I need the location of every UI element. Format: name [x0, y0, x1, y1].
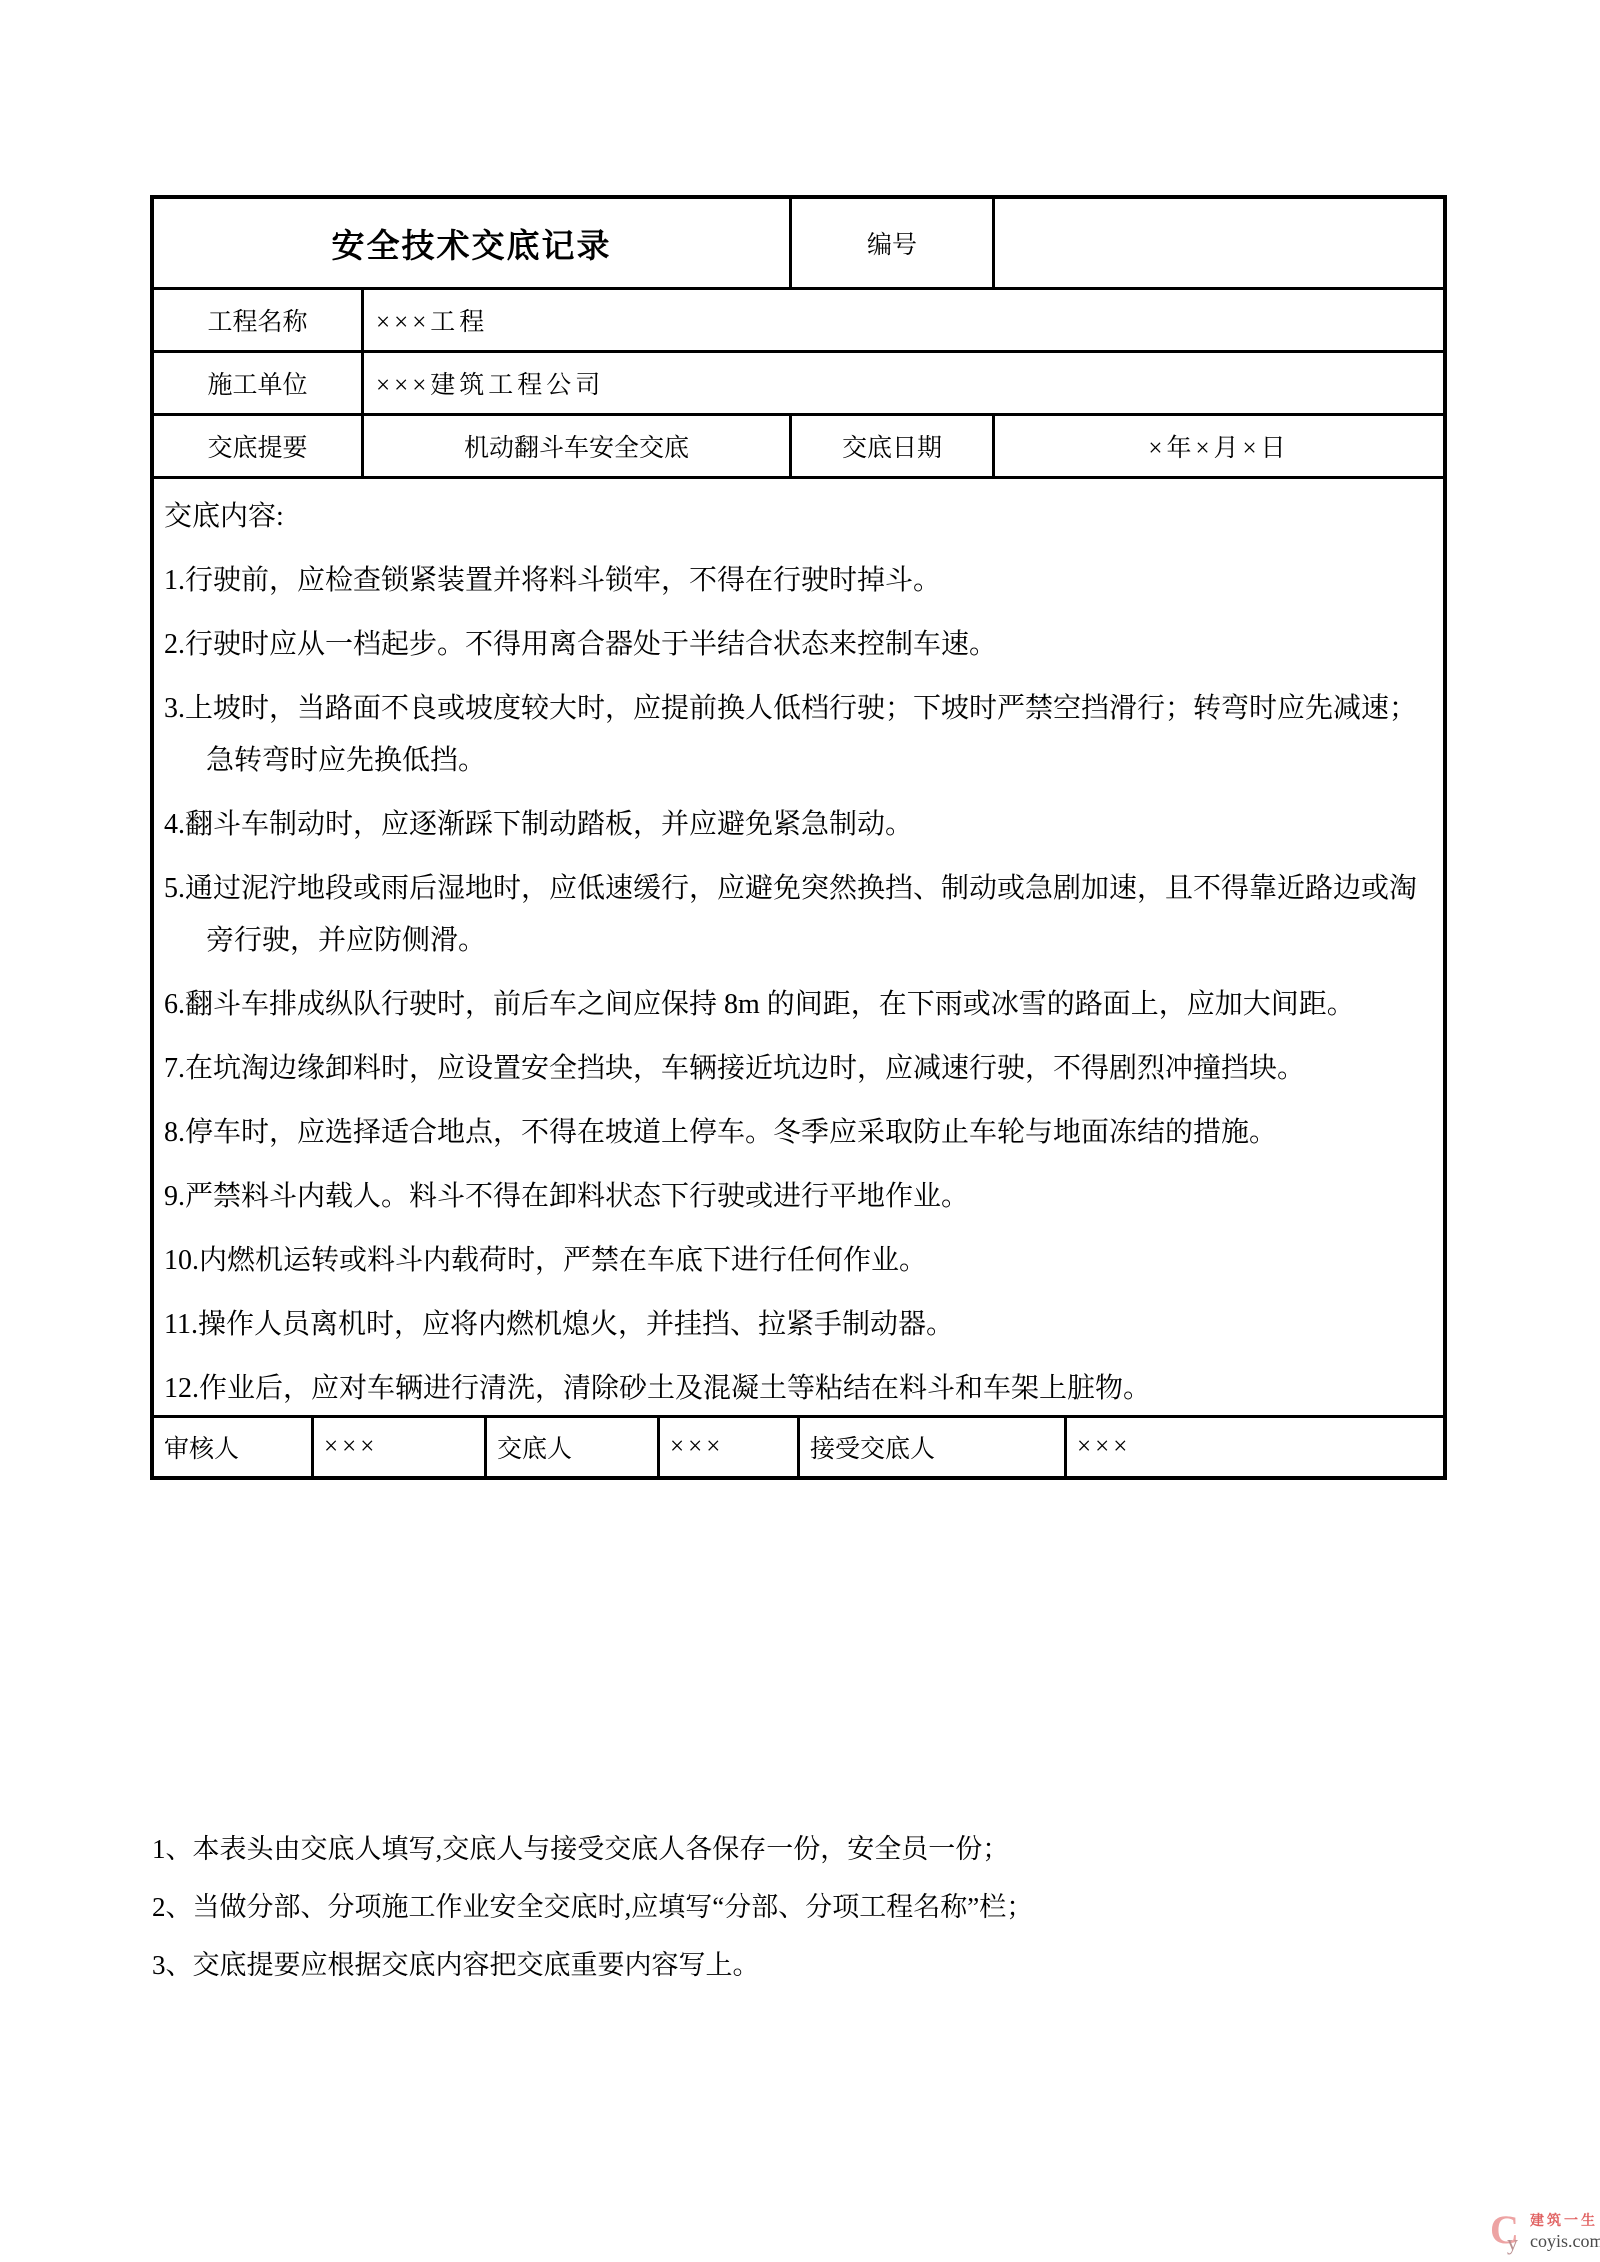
form-title-cell: 安全技术交底记录 — [154, 199, 792, 287]
summary-value-cell: 机动翻斗车安全交底 — [364, 416, 792, 476]
content-item: 12.作业后，应对车辆进行清洗，清除砂土及混凝土等粘结在料斗和车架上脏物。 — [164, 1363, 1433, 1415]
reviewer-value: ××× — [314, 1433, 378, 1461]
receiver-label-cell: 接受交底人 — [800, 1418, 1067, 1476]
coyis-logo-icon: C y — [1490, 2214, 1524, 2256]
logo-letter-y: y — [1507, 2232, 1518, 2254]
number-label-cell: 编号 — [792, 199, 995, 287]
watermark-site: coyis.com — [1530, 2230, 1600, 2252]
discloser-label-cell: 交底人 — [487, 1418, 660, 1476]
content-item: 9.严禁料斗内载人。料斗不得在卸料状态下行驶或进行平地作业。 — [164, 1171, 1433, 1223]
content-heading: 交底内容: — [164, 491, 1433, 543]
content-item: 3.上坡时，当路面不良或坡度较大时，应提前换人低档行驶；下坡时严禁空挡滑行；转弯… — [164, 683, 1433, 787]
content-item: 2.行驶时应从一档起步。不得用离合器处于半结合状态来控制车速。 — [164, 619, 1433, 671]
summary-label-cell: 交底提要 — [154, 416, 364, 476]
footnote: 1、本表头由交底人填写,交底人与接受交底人各保存一份，安全员一份； — [152, 1820, 1512, 1878]
content-item: 4.翻斗车制动时，应逐渐踩下制动踏板，并应避免紧急制动。 — [164, 799, 1433, 851]
date-value-cell: ×年×月×日 — [995, 416, 1443, 476]
reviewer-label-cell: 审核人 — [154, 1418, 314, 1476]
title-row: 安全技术交底记录 编号 — [154, 199, 1443, 287]
discloser-value: ××× — [660, 1433, 724, 1461]
footnote-list: 1、本表头由交底人填写,交底人与接受交底人各保存一份，安全员一份；2、当做分部、… — [152, 1820, 1512, 1994]
project-row: 工程名称 ×××工程 — [154, 287, 1443, 350]
company-label: 施工单位 — [207, 365, 307, 401]
company-label-cell: 施工单位 — [154, 353, 364, 413]
content-item: 11.操作人员离机时，应将内燃机熄火，并挂挡、拉紧手制动器。 — [164, 1299, 1433, 1351]
content-item: 7.在坑淘边缘卸料时，应设置安全挡块，车辆接近坑边时，应减速行驶，不得剧烈冲撞挡… — [164, 1043, 1433, 1095]
number-value-cell — [995, 199, 1443, 287]
content-cell: 交底内容: 1.行驶前，应检查锁紧装置并将料斗锁牢，不得在行驶时掉斗。2.行驶时… — [154, 476, 1443, 1415]
date-label: 交底日期 — [842, 428, 942, 464]
number-label: 编号 — [867, 225, 917, 261]
reviewer-value-cell: ××× — [314, 1418, 487, 1476]
summary-row: 交底提要 机动翻斗车安全交底 交底日期 ×年×月×日 — [154, 413, 1443, 476]
date-label-cell: 交底日期 — [792, 416, 995, 476]
watermark-brand: 建筑一生 — [1530, 2214, 1600, 2230]
company-value-cell: ×××建筑工程公司 — [364, 353, 1443, 413]
watermark-text: 建筑一生 coyis.com — [1530, 2214, 1600, 2252]
content-item: 1.行驶前，应检查锁紧装置并将料斗锁牢，不得在行驶时掉斗。 — [164, 555, 1433, 607]
discloser-value-cell: ××× — [660, 1418, 800, 1476]
project-label: 工程名称 — [207, 302, 307, 338]
company-row: 施工单位 ×××建筑工程公司 — [154, 350, 1443, 413]
date-value: ×年×月×日 — [1148, 428, 1289, 464]
safety-disclosure-form: 安全技术交底记录 编号 工程名称 ×××工程 施工单位 ×××建筑工程公司 交底… — [150, 195, 1447, 1480]
project-value-cell: ×××工程 — [364, 290, 1443, 350]
footnote: 2、当做分部、分项施工作业安全交底时,应填写“分部、分项工程名称”栏； — [152, 1878, 1512, 1936]
receiver-value: ××× — [1067, 1433, 1131, 1461]
receiver-value-cell: ××× — [1067, 1418, 1443, 1476]
project-value: ×××工程 — [376, 302, 488, 338]
content-item: 5.通过泥泞地段或雨后湿地时，应低速缓行，应避免突然换挡、制动或急剧加速，且不得… — [164, 863, 1433, 967]
content-item: 10.内燃机运转或料斗内载荷时，严禁在车底下进行任何作业。 — [164, 1235, 1433, 1287]
summary-value: 机动翻斗车安全交底 — [464, 428, 689, 464]
company-value: ×××建筑工程公司 — [376, 365, 604, 401]
watermark: C y 建筑一生 coyis.com — [1490, 2214, 1600, 2256]
page-title: 安全技术交底记录 — [332, 220, 612, 267]
summary-label: 交底提要 — [207, 428, 307, 464]
content-item: 8.停车时，应选择适合地点，不得在坡道上停车。冬季应采取防止车轮与地面冻结的措施… — [164, 1107, 1433, 1159]
signature-row: 审核人 ××× 交底人 ××× 接受交底人 ××× — [154, 1415, 1443, 1476]
content-item-list: 1.行驶前，应检查锁紧装置并将料斗锁牢，不得在行驶时掉斗。2.行驶时应从一档起步… — [164, 555, 1433, 1415]
footnote: 3、交底提要应根据交底内容把交底重要内容写上。 — [152, 1936, 1512, 1994]
receiver-label: 接受交底人 — [800, 1429, 935, 1465]
reviewer-label: 审核人 — [154, 1429, 239, 1465]
discloser-label: 交底人 — [487, 1429, 572, 1465]
project-label-cell: 工程名称 — [154, 290, 364, 350]
content-item: 6.翻斗车排成纵队行驶时，前后车之间应保持 8m 的间距，在下雨或冰雪的路面上，… — [164, 979, 1433, 1031]
